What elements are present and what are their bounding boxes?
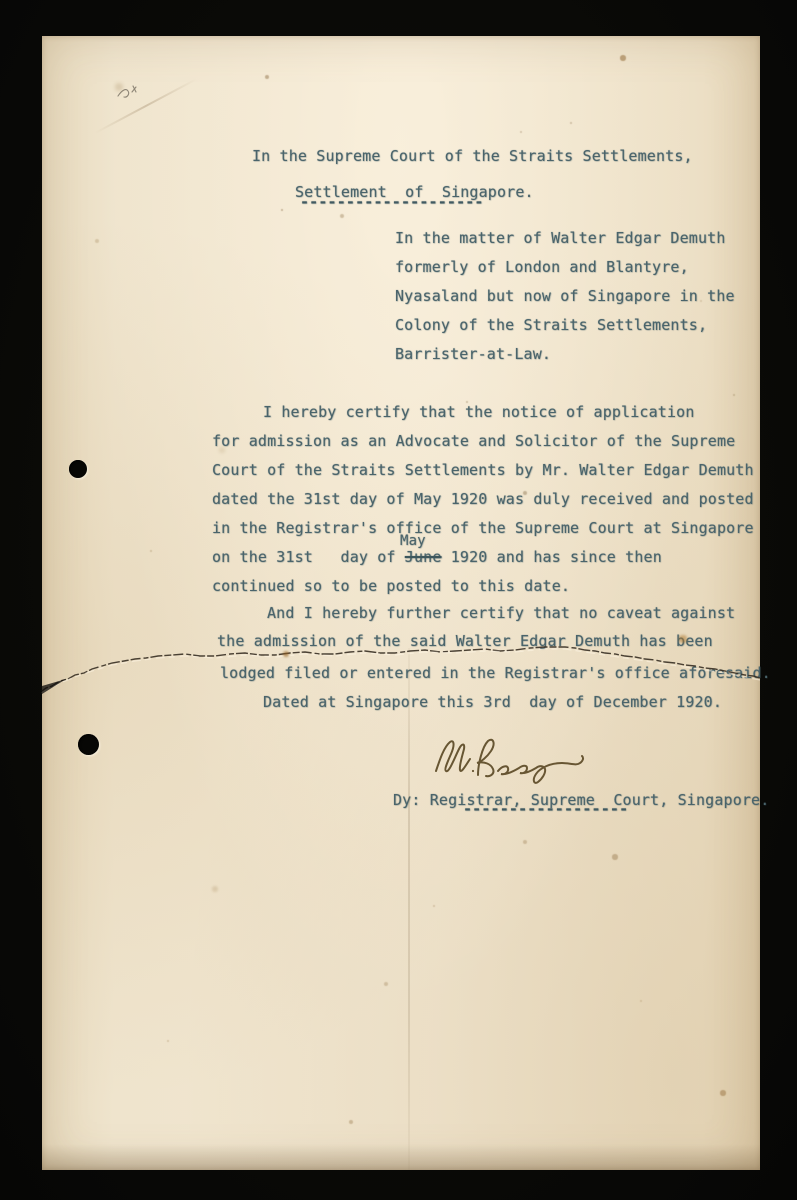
signoff-underline: ------------------	[463, 800, 628, 819]
registrar-signature	[430, 735, 590, 785]
certification-line-3: Court of the Straits Settlements by Mr. …	[212, 461, 754, 480]
certification-line-2: for admission as an Advocate and Solicit…	[212, 432, 735, 451]
strikethrough-june: June	[405, 548, 442, 566]
foxing-spots	[42, 36, 44, 38]
tear-line	[42, 636, 760, 706]
matter-line-3: Nyasaland but now of Singapore in the	[395, 287, 735, 306]
certification-line-1: I hereby certify that the notice of appl…	[212, 403, 695, 422]
pencil-scribble-mark	[114, 78, 154, 104]
punch-hole-top	[69, 460, 87, 478]
matter-line-2: formerly of London and Blantyre,	[395, 258, 689, 277]
court-header-line: In the Supreme Court of the Straits Sett…	[252, 147, 693, 166]
matter-line-1: In the matter of Walter Edgar Demuth	[395, 229, 726, 248]
certification-line-5: in the Registrar's office of the Supreme…	[212, 519, 754, 538]
caveat-line-1: And I hereby further certify that no cav…	[212, 604, 735, 623]
matter-line-5: Barrister-at-Law.	[395, 345, 551, 364]
paper: In the Supreme Court of the Straits Sett…	[42, 36, 760, 1170]
line6-suffix: 1920 and has since then	[442, 548, 662, 566]
certification-line-7: continued so to be posted to this date.	[212, 577, 570, 596]
header-underline: --------------------	[300, 193, 484, 212]
matter-line-4: Colony of the Straits Settlements,	[395, 316, 707, 335]
scan-background: { "document": { "header": { "line1": "In…	[0, 0, 797, 1200]
punch-hole-bottom	[78, 734, 99, 755]
fold-crease	[408, 648, 410, 1170]
certification-line-4: dated the 31st day of May 1920 was duly …	[212, 490, 754, 509]
certification-line-6: on the 31st day of June 1920 and has sin…	[212, 548, 662, 567]
line6-prefix: on the 31st day of	[212, 548, 405, 566]
